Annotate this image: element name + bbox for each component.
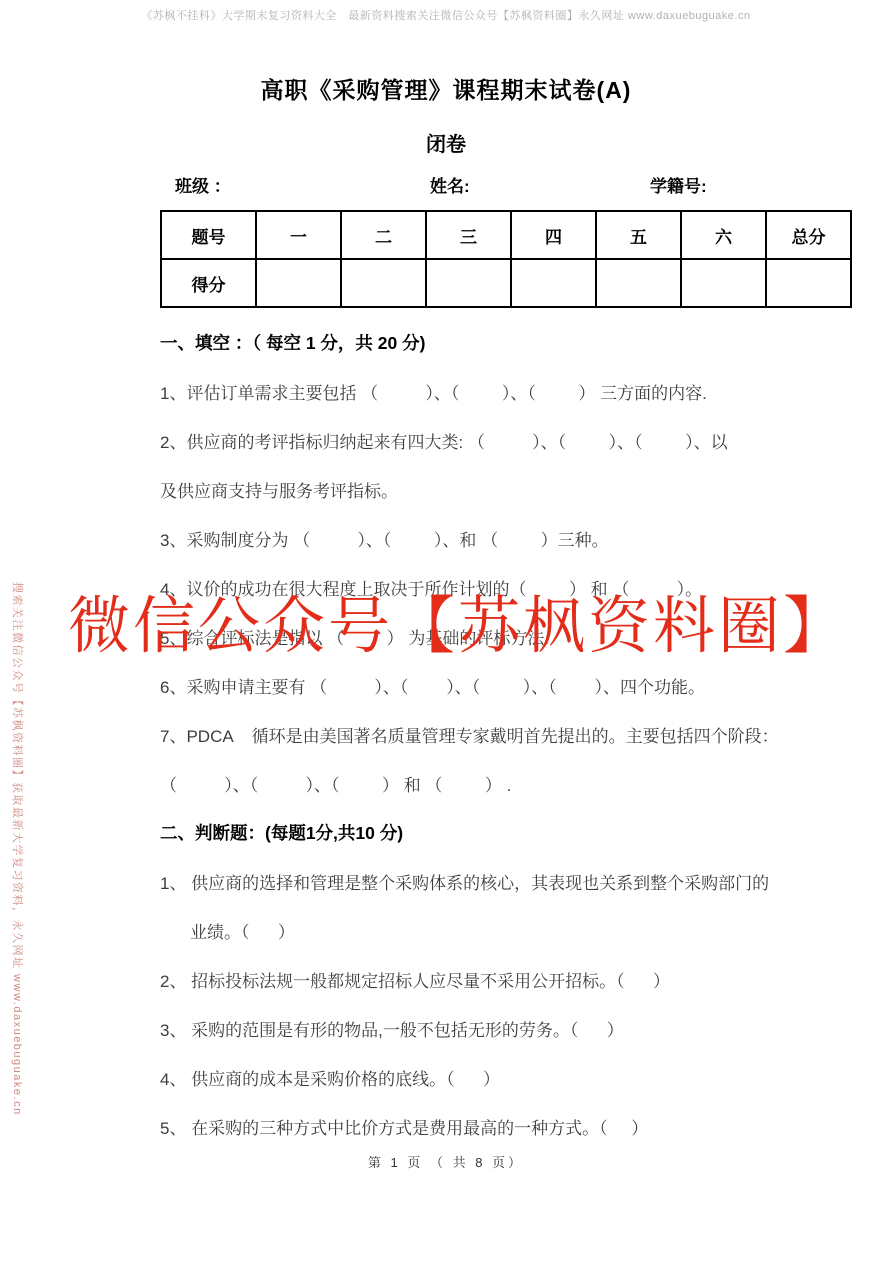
score-table: 题号 一 二 三 四 五 六 总分 得分 xyxy=(160,210,852,308)
fill-blank-question: 3、采购制度分为 （ ）、（ ）、和 （ ）三种。 xyxy=(160,514,875,563)
score-cell xyxy=(511,259,596,307)
page-title: 高职《采购管理》课程期末试卷(A) xyxy=(0,72,892,105)
fill-blank-question: 7、PDCA 循环是由美国著名质量管理专家戴明首先提出的。主要包括四个阶段： xyxy=(160,710,875,759)
exam-subtitle: 闭卷 xyxy=(0,128,892,157)
score-table-header-cell: 三 xyxy=(426,211,511,259)
score-cell xyxy=(596,259,681,307)
score-table-header-cell: 二 xyxy=(341,211,426,259)
true-false-question: 3、 采购的范围是有形的物品,一般不包括无形的劳务。（ ） xyxy=(160,1004,875,1053)
fill-blank-question: 2、供应商的考评指标归纳起来有四大类: （ ）、（ ）、（ ）、以 xyxy=(160,416,875,465)
fill-blank-question: 5、综合评标法是指以 （ ） 为基础的评标方法. xyxy=(160,612,875,661)
score-table-header-cell: 四 xyxy=(511,211,596,259)
true-false-question: 4、 供应商的成本是采购价格的底线。（ ） xyxy=(160,1053,875,1102)
header-watermark: 《苏枫不挂科》大学期末复习资料大全 最新资料搜索关注微信公众号【苏枫资料圈】永久… xyxy=(0,7,892,23)
fill-blank-question: 1、评估订单需求主要包括 （ ）、（ ）、（ ） 三方面的内容. xyxy=(160,367,875,416)
section2-heading: 二、判断题：(每题1分,共10 分) xyxy=(160,808,875,857)
fill-blank-question: 4、议价的成功在很大程度上取决于所作计划的（ ） 和 （ ）。 xyxy=(160,563,875,612)
score-cell xyxy=(681,259,766,307)
student-info-row: 班级 ： 姓名: 学籍号: xyxy=(160,172,860,202)
true-false-question-continued: 业绩。（ ） xyxy=(160,906,875,955)
score-table-header-cell: 一 xyxy=(256,211,341,259)
score-table-header-row: 题号 一 二 三 四 五 六 总分 xyxy=(161,211,851,259)
score-table-header-cell: 五 xyxy=(596,211,681,259)
score-table-header-cell: 六 xyxy=(681,211,766,259)
name-field-label: 姓名: xyxy=(430,172,470,197)
fill-blank-question-continued: 及供应商支持与服务考评指标。 xyxy=(160,465,875,514)
score-table-header-cell: 总分 xyxy=(766,211,851,259)
true-false-question: 5、 在采购的三种方式中比价方式是费用最高的一种方式。（ ） xyxy=(160,1102,875,1151)
score-row-label: 得分 xyxy=(161,259,256,307)
class-field-label: 班级 ： xyxy=(175,172,231,197)
score-cell xyxy=(341,259,426,307)
student-id-field-label: 学籍号: xyxy=(650,172,707,197)
score-cell xyxy=(426,259,511,307)
true-false-question: 1、 供应商的选择和管理是整个采购体系的核心，其表现也关系到整个采购部门的 xyxy=(160,857,875,906)
exam-body: 一、填空 ：（ 每空 1 分，共 20 分) 1、评估订单需求主要包括 （ ）、… xyxy=(160,318,875,1151)
true-false-question: 2、 招标投标法规一般都规定招标人应尽量不采用公开招标。（ ） xyxy=(160,955,875,1004)
page-number: 第 1 页 （ 共 8 页） xyxy=(0,1152,892,1171)
score-table-header-cell: 题号 xyxy=(161,211,256,259)
score-cell xyxy=(256,259,341,307)
score-cell xyxy=(766,259,851,307)
fill-blank-question: 6、采购申请主要有 （ ）、（ ）、（ ）、（ ）、四个功能。 xyxy=(160,661,875,710)
score-table-score-row: 得分 xyxy=(161,259,851,307)
fill-blank-question-continued: （ ）、（ ）、（ ） 和 （ ） . xyxy=(160,759,875,808)
section1-heading: 一、填空 ：（ 每空 1 分，共 20 分) xyxy=(160,318,875,367)
side-watermark: 搜索关注微信公众号【苏枫资料圈】获取最新大学复习资料，永久网址 www.daxu… xyxy=(10,582,26,1116)
